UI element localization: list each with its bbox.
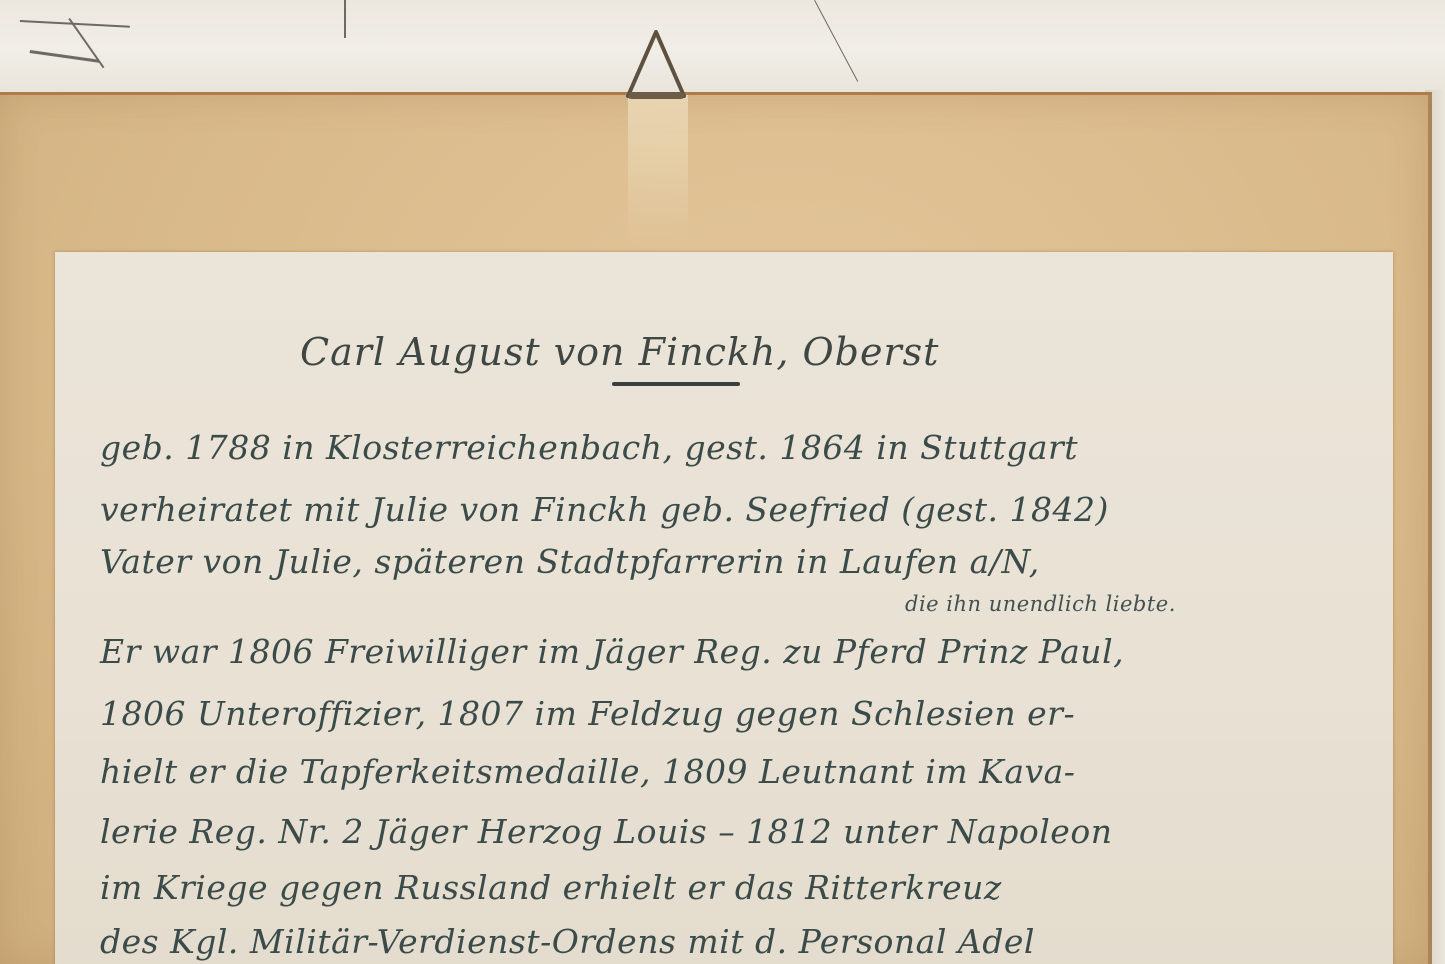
triangle-hanger-icon xyxy=(616,28,696,108)
note-line: geb. 1788 in Klosterreichenbach, gest. 1… xyxy=(100,428,1078,467)
wood-crack xyxy=(814,0,858,82)
tape-strip xyxy=(628,95,688,245)
wood-crack xyxy=(30,50,100,63)
note-line: im Kriege gegen Russland erhielt er das … xyxy=(100,868,1002,907)
note-line: hielt er die Tapferkeitsmedaille, 1809 L… xyxy=(100,752,1075,791)
title-underline xyxy=(612,382,740,386)
note-line: die ihn unendlich liebte. xyxy=(905,592,1176,616)
note-line: 1806 Unteroffizier, 1807 im Feldzug gege… xyxy=(100,694,1075,733)
note-line: lerie Reg. Nr. 2 Jäger Herzog Louis – 18… xyxy=(100,812,1112,851)
wood-crack xyxy=(344,0,346,38)
note-line: Vater von Julie, späteren Stadtpfarrerin… xyxy=(100,542,1040,581)
note-title: Carl August von Finckh, Oberst xyxy=(300,330,1160,374)
note-line: Er war 1806 Freiwilliger im Jäger Reg. z… xyxy=(100,632,1124,671)
note-line: verheiratet mit Julie von Finckh geb. Se… xyxy=(100,490,1109,529)
note-line: des Kgl. Militär-Verdienst-Ordens mit d.… xyxy=(100,922,1035,961)
